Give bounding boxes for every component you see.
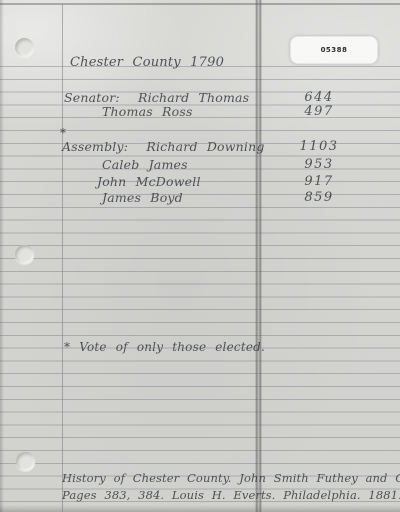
candidate-name: Richard Downing <box>146 139 264 154</box>
assembly-row: Assembly: Richard Downing <box>62 139 265 154</box>
vote-count: 1103 <box>283 139 355 154</box>
assembly-row: Caleb James <box>102 157 188 172</box>
punch-hole-bottom <box>16 452 35 471</box>
assembly-row: John McDowell <box>97 174 201 189</box>
vote-count: 917 <box>283 174 355 189</box>
assembly-asterisk: * <box>60 126 66 140</box>
candidate-name: Caleb James <box>102 157 188 172</box>
senator-office-label: Senator: <box>64 90 120 105</box>
margin-rule-line <box>62 4 63 512</box>
catalog-number: 05388 <box>321 46 348 54</box>
punch-hole-middle <box>15 245 34 264</box>
assembly-office-label: Assembly: <box>62 139 128 154</box>
candidate-name: Thomas Ross <box>102 104 193 119</box>
footnote: * Vote of only those elected. <box>64 340 265 354</box>
candidate-name: John McDowell <box>97 174 201 189</box>
candidate-name: Richard Thomas <box>138 90 249 105</box>
vote-count: 497 <box>283 104 355 119</box>
vote-count: 644 <box>283 90 355 105</box>
assembly-row: James Boyd <box>102 190 183 205</box>
vote-count: 859 <box>283 190 355 205</box>
scanned-notebook-page: 05388 Chester County 1790 Senator: Richa… <box>0 0 400 512</box>
catalog-sticker: 05388 <box>290 36 378 64</box>
paper-top-edge <box>0 3 400 5</box>
citation-line-1: History of Chester County. John Smith Fu… <box>62 471 400 485</box>
page-title: Chester County 1790 <box>70 55 224 70</box>
senator-row: Senator: Richard Thomas <box>64 90 249 105</box>
paper-left-edge <box>0 0 4 512</box>
senator-row: Thomas Ross <box>102 104 193 119</box>
punch-hole-top <box>15 38 34 57</box>
paper-bottom-edge <box>0 505 400 512</box>
vote-count: 953 <box>283 157 355 172</box>
candidate-name: James Boyd <box>102 190 183 205</box>
citation-line-2: Pages 383, 384. Louis H. Everts. Philade… <box>62 488 400 502</box>
page-fold-crease <box>255 0 262 512</box>
